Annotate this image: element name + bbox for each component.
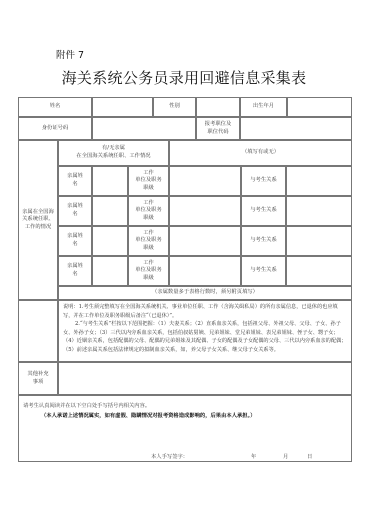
gender-label: 性别 (153, 97, 196, 117)
id-label: 身份证号码 (18, 117, 92, 140)
other-label: 其他补充事项 (18, 362, 58, 395)
gender-field[interactable] (196, 97, 240, 117)
signature-label: 本人手写签字： (151, 452, 188, 460)
overflow-note: （亲属数量多于表格行数时，须另附页填写） (58, 286, 352, 300)
explanation-item-2: 2.“与考生关系”栏按以下范围把握：（1）夫妻关系；（2）直系血亲关系，包括祖父… (63, 320, 347, 354)
relative-name-field[interactable] (92, 196, 128, 226)
relative-relation-field[interactable] (286, 166, 352, 196)
position-label: 报考职位及职位代码 (196, 117, 240, 140)
year-label: 年 (251, 452, 256, 460)
name-field[interactable] (92, 97, 153, 117)
relative-work-label: 工作 单位及职务 职级 (128, 226, 169, 256)
form-table: 姓名 性别 出生年月 身份证号码 报考职位及职位代码 亲属在全国海关系统任职、工… (18, 97, 352, 462)
relative-relation-field[interactable] (286, 256, 352, 286)
relative-relation-field[interactable] (286, 226, 352, 256)
relative-work-field[interactable] (169, 256, 241, 286)
relative-relation-label: 与考生关系 (241, 196, 286, 226)
attachment-number: 附件 7 (56, 47, 84, 61)
pledge-statement: （本人承诺上述情况属实，如有虚假、隐瞒情况对报考资格造成影响的，后果由本人承担。… (41, 411, 256, 419)
relative-name-field[interactable] (92, 166, 128, 196)
relative-name-label: 亲属姓名 (58, 226, 92, 256)
position-field[interactable] (240, 117, 352, 140)
explanation-spacer (18, 300, 58, 362)
relative-work-field[interactable] (169, 166, 241, 196)
relative-name-field[interactable] (92, 256, 128, 286)
month-label: 月 (283, 452, 288, 460)
birth-field[interactable] (287, 97, 352, 117)
relative-relation-label: 与考生关系 (241, 226, 286, 256)
relative-work-label: 工作 单位及职务 职级 (128, 166, 169, 196)
relative-name-label: 亲属姓名 (58, 166, 92, 196)
relative-work-label: 工作 单位及职务 职级 (128, 196, 169, 226)
has-relatives-label: 有/无亲属 在全国海关系统任职、工作情况 (58, 140, 169, 166)
explanation-item-1: 说明：1.考生须完整填写在全国海关系统机关、事业单位任职、工作（含海关缉私局）的… (63, 303, 347, 320)
relative-relation-label: 与考生关系 (241, 166, 286, 196)
relative-name-label: 亲属姓名 (58, 196, 92, 226)
relative-work-field[interactable] (169, 196, 241, 226)
pledge-block[interactable]: 请考生认真阅读并在以下空白处手写括号内相关内容。 （本人承诺上述情况属实，如有虚… (18, 395, 352, 462)
relative-relation-field[interactable] (286, 196, 352, 226)
id-field[interactable] (92, 117, 196, 140)
relative-work-field[interactable] (169, 226, 241, 256)
name-label: 姓名 (18, 97, 92, 117)
relative-name-label: 亲属姓名 (58, 256, 92, 286)
relative-relation-label: 与考生关系 (241, 256, 286, 286)
explanation-block: 说明：1.考生须完整填写在全国海关系统机关、事业单位任职、工作（含海关缉私局）的… (58, 300, 352, 362)
relative-work-label: 工作 单位及职务 职级 (128, 256, 169, 286)
birth-label: 出生年月 (240, 97, 287, 117)
day-label: 日 (307, 452, 312, 460)
relative-name-field[interactable] (92, 226, 128, 256)
has-relatives-field[interactable]: （填写有或无） (169, 140, 352, 166)
relatives-section-label: 亲属在全国海关系统任职、工作的情况 (18, 140, 58, 300)
pledge-instruction: 请考生认真阅读并在以下空白处手写括号内相关内容。 (23, 401, 150, 409)
page-title: 海关系统公务员录用回避信息采集表 (0, 67, 368, 88)
other-field[interactable] (58, 362, 352, 395)
